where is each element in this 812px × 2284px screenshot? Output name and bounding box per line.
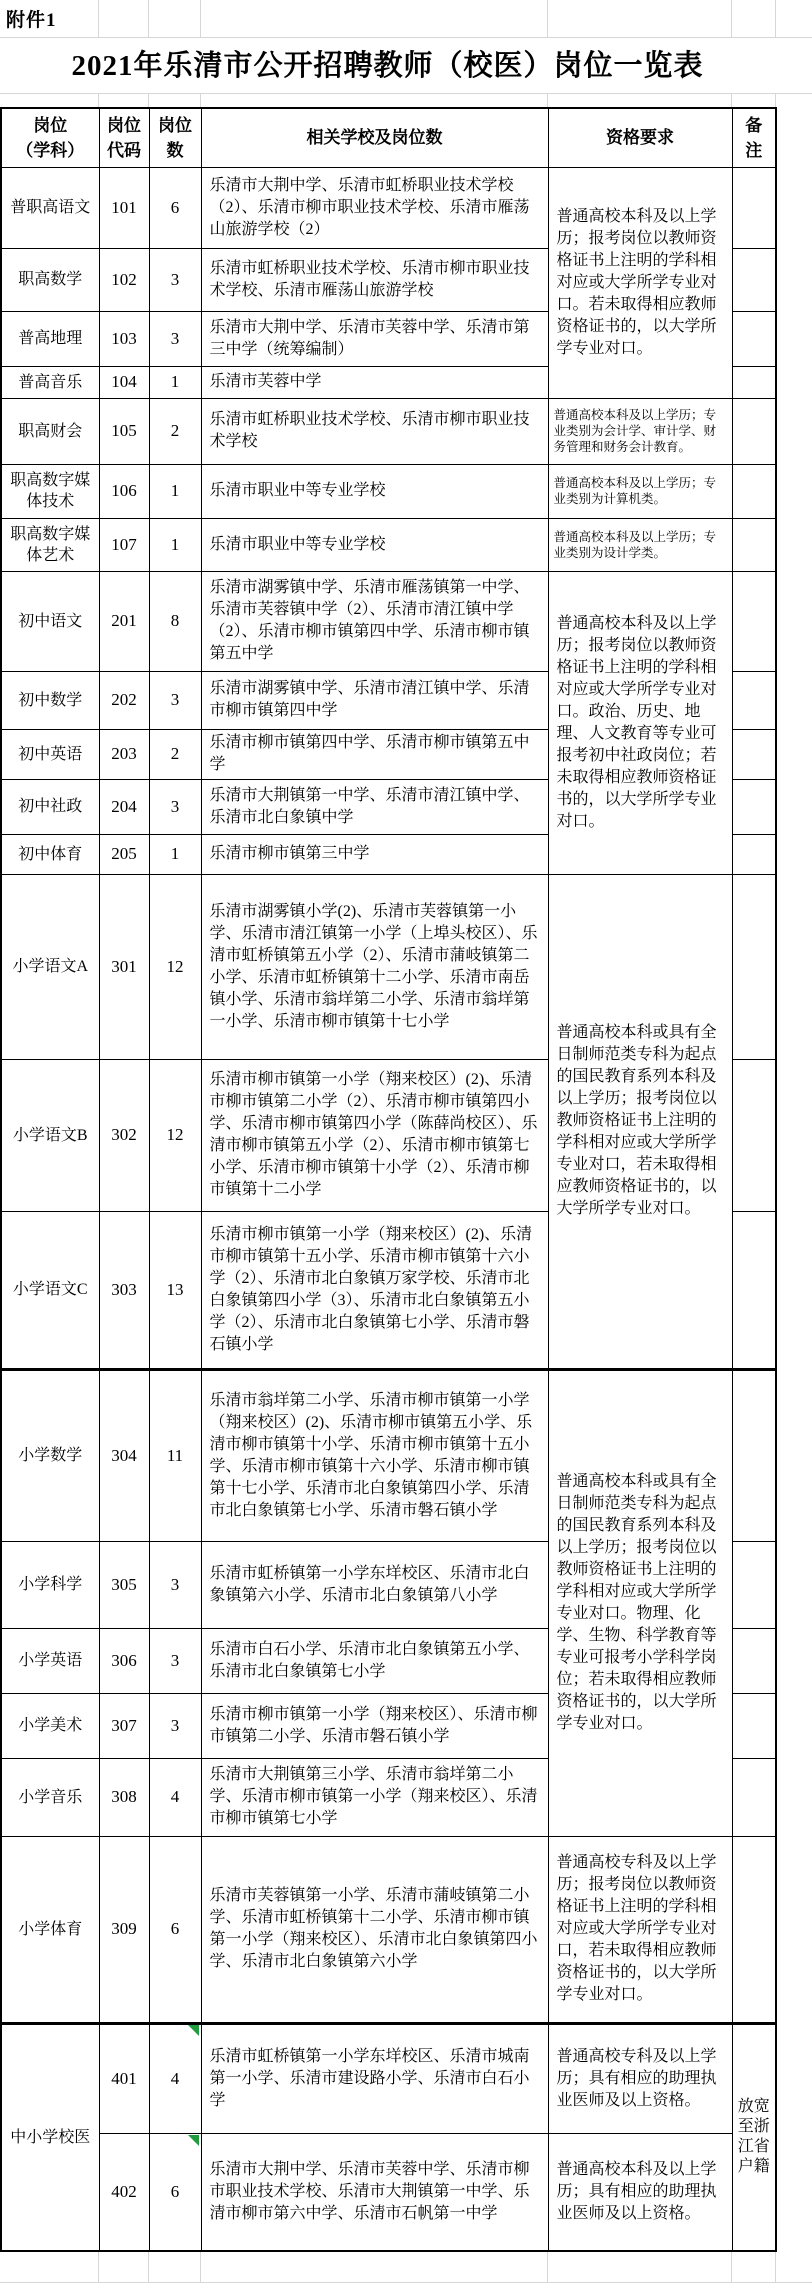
table-row: 小学数学 304 11 乐清市翁垟第二小学、乐清市柳市镇第一小学（翔来校区）(2… <box>1 1369 776 1541</box>
gridline <box>148 0 149 37</box>
subject-cell: 小学体育 <box>1 1836 99 2023</box>
subject-cell: 初中数学 <box>1 671 99 729</box>
requirements-cell: 普通高校本科及以上学历；具有相应的助理执业医师及以上资格。 <box>548 2133 732 2251</box>
count-cell: 1 <box>149 464 201 518</box>
subject-cell: 职高数学 <box>1 248 99 311</box>
count-cell: 12 <box>149 874 201 1059</box>
code-cell: 306 <box>99 1628 149 1693</box>
schools-cell: 乐清市芙蓉中学 <box>201 366 548 398</box>
remark-cell <box>732 729 776 779</box>
count-cell: 11 <box>149 1369 201 1541</box>
remark-cell <box>732 1211 776 1369</box>
count-cell: 8 <box>149 571 201 671</box>
requirements-cell: 普通高校本科及以上学历；专业类别为设计学类。 <box>548 518 732 571</box>
schools-cell: 乐清市芙蓉镇第一小学、乐清市蒲岐镇第二小学、乐清市虹桥镇第十二小学、乐清市柳市镇… <box>201 1836 548 2023</box>
subject-cell: 普高音乐 <box>1 366 99 398</box>
table-row: 普职高语文 101 6 乐清市大荆中学、乐清市虹桥职业技术学校（2）、乐清市柳市… <box>1 167 776 248</box>
count-cell: 6 <box>149 167 201 248</box>
count-cell: 3 <box>149 779 201 834</box>
code-cell: 204 <box>99 779 149 834</box>
schools-cell: 乐清市柳市镇第一小学（翔来校区）、乐清市柳市镇第二小学、乐清市磐石镇小学 <box>201 1693 548 1758</box>
requirements-cell: 普通高校本科及以上学历；专业类别为计算机类。 <box>548 464 732 518</box>
remark-cell <box>732 464 776 518</box>
code-cell: 201 <box>99 571 149 671</box>
schools-cell: 乐清市湖雾镇小学(2)、乐清市芙蓉镇第一小学、乐清市清江镇第一小学（上埠头校区）… <box>201 874 548 1059</box>
subject-cell: 小学数学 <box>1 1369 99 1541</box>
gridline <box>547 93 548 107</box>
page-title: 2021年乐清市公开招聘教师（校医）岗位一览表 <box>0 37 775 93</box>
gridline <box>731 2252 732 2282</box>
subject-cell: 职高数字媒体艺术 <box>1 518 99 571</box>
code-cell: 305 <box>99 1541 149 1628</box>
remark-cell <box>732 874 776 1059</box>
count-cell: 3 <box>149 248 201 311</box>
count-cell: 6 <box>149 1836 201 2023</box>
col-header-schools: 相关学校及岗位数 <box>201 108 548 167</box>
count-cell: 3 <box>149 1693 201 1758</box>
remark-cell <box>732 779 776 834</box>
remark-cell <box>732 366 776 398</box>
gridline <box>200 0 201 37</box>
code-cell: 205 <box>99 834 149 874</box>
positions-table: 岗位 （学科） 岗位 代码 岗位 数 相关学校及岗位数 资格要求 备 注 普职高… <box>0 107 777 2252</box>
gridline <box>731 0 732 37</box>
code-cell: 402 <box>99 2133 149 2251</box>
gridline <box>775 2252 776 2282</box>
remark-cell <box>732 834 776 874</box>
requirements-cell: 普通高校本科及以上学历；报考岗位以教师资格证书上注明的学科相对应或大学所学专业对… <box>548 167 732 398</box>
requirements-cell: 普通高校本科及以上学历；报考岗位以教师资格证书上注明的学科相对应或大学所学专业对… <box>548 571 732 874</box>
code-cell: 107 <box>99 518 149 571</box>
remark-cell <box>732 571 776 671</box>
requirements-cell: 普通高校本科或具有全日制师范类专科为起点的国民教育系列本科及以上学历；报考岗位以… <box>548 1369 732 1836</box>
remark-cell <box>732 311 776 366</box>
count-cell: 3 <box>149 671 201 729</box>
schools-cell: 乐清市柳市镇第一小学（翔来校区）(2)、乐清市柳市镇第十五小学、乐清市柳市镇第十… <box>201 1211 548 1369</box>
count-cell: 6 <box>149 2133 201 2251</box>
schools-cell: 乐清市虹桥镇第一小学东垟校区、乐清市城南第一小学、乐清市建设路小学、乐清市白石小… <box>201 2023 548 2133</box>
count-cell: 1 <box>149 518 201 571</box>
count-cell: 12 <box>149 1059 201 1211</box>
schools-cell: 乐清市职业中等专业学校 <box>201 518 548 571</box>
gridline <box>148 93 149 107</box>
gridline <box>547 0 548 37</box>
gridline <box>98 0 99 37</box>
table-row: 中小学校医 401 4 乐清市虹桥镇第一小学东垟校区、乐清市城南第一小学、乐清市… <box>1 2023 776 2133</box>
schools-cell: 乐清市翁垟第二小学、乐清市柳市镇第一小学（翔来校区）(2)、乐清市柳市镇第五小学… <box>201 1369 548 1541</box>
gridline <box>148 2252 149 2282</box>
subject-cell: 普职高语文 <box>1 167 99 248</box>
count-cell: 1 <box>149 366 201 398</box>
subject-cell: 职高数字媒体技术 <box>1 464 99 518</box>
remark-cell <box>732 1836 776 2023</box>
subject-cell: 普高地理 <box>1 311 99 366</box>
table-row: 402 6 乐清市大荆中学、乐清市芙蓉中学、乐清市柳市职业技术学校、乐清市大荆镇… <box>1 2133 776 2251</box>
remark-cell <box>732 1369 776 1541</box>
remark-cell <box>732 1693 776 1758</box>
code-cell: 307 <box>99 1693 149 1758</box>
col-header-remark: 备 注 <box>732 108 776 167</box>
count-cell: 3 <box>149 311 201 366</box>
subject-cell: 小学语文A <box>1 874 99 1059</box>
table-row: 小学语文A 301 12 乐清市湖雾镇小学(2)、乐清市芙蓉镇第一小学、乐清市清… <box>1 874 776 1059</box>
gridline <box>775 0 776 37</box>
code-cell: 301 <box>99 874 149 1059</box>
gridline <box>200 2252 201 2282</box>
subject-cell: 初中英语 <box>1 729 99 779</box>
remark-cell <box>732 1628 776 1693</box>
schools-cell: 乐清市柳市镇第四中学、乐清市柳市镇第五中学 <box>201 729 548 779</box>
subject-cell: 小学音乐 <box>1 1758 99 1836</box>
code-cell: 105 <box>99 398 149 464</box>
schools-cell: 乐清市湖雾镇中学、乐清市雁荡镇第一中学、乐清市芙蓉镇中学（2）、乐清市清江镇中学… <box>201 571 548 671</box>
gridline <box>0 93 812 94</box>
code-cell: 203 <box>99 729 149 779</box>
requirements-cell: 普通高校本科或具有全日制师范类专科为起点的国民教育系列本科及以上学历；报考岗位以… <box>548 874 732 1369</box>
schools-cell: 乐清市柳市镇第三中学 <box>201 834 548 874</box>
code-cell: 104 <box>99 366 149 398</box>
subject-cell: 小学语文B <box>1 1059 99 1211</box>
col-header-subject: 岗位 （学科） <box>1 108 99 167</box>
count-cell: 4 <box>149 2023 201 2133</box>
code-cell: 302 <box>99 1059 149 1211</box>
subject-cell: 初中语文 <box>1 571 99 671</box>
subject-cell: 小学科学 <box>1 1541 99 1628</box>
code-cell: 308 <box>99 1758 149 1836</box>
gridline <box>200 93 201 107</box>
schools-cell: 乐清市大荆镇第一中学、乐清市清江镇中学、乐清市北白象镇中学 <box>201 779 548 834</box>
remark-cell <box>732 1541 776 1628</box>
subject-cell: 小学美术 <box>1 1693 99 1758</box>
remark-cell <box>732 518 776 571</box>
code-cell: 202 <box>99 671 149 729</box>
code-cell: 102 <box>99 248 149 311</box>
code-cell: 103 <box>99 311 149 366</box>
count-cell: 3 <box>149 1541 201 1628</box>
table-row: 职高数字媒体艺术 107 1 乐清市职业中等专业学校 普通高校本科及以上学历；专… <box>1 518 776 571</box>
count-cell: 3 <box>149 1628 201 1693</box>
spreadsheet-page: 附件1 2021年乐清市公开招聘教师（校医）岗位一览表 岗位 （学科） 岗位 代… <box>0 0 812 2284</box>
count-cell: 2 <box>149 729 201 779</box>
schools-cell: 乐清市虹桥镇第一小学东垟校区、乐清市北白象镇第六小学、乐清市北白象镇第八小学 <box>201 1541 548 1628</box>
code-cell: 304 <box>99 1369 149 1541</box>
remark-cell <box>732 248 776 311</box>
gridline <box>0 2282 812 2283</box>
requirements-cell: 普通高校本科及以上学历；专业类别为会计学、审计学、财务管理和财务会计教育。 <box>548 398 732 464</box>
gridline <box>98 93 99 107</box>
col-header-count: 岗位 数 <box>149 108 201 167</box>
code-cell: 309 <box>99 1836 149 2023</box>
schools-cell: 乐清市大荆中学、乐清市芙蓉中学、乐清市第三中学（统筹编制） <box>201 311 548 366</box>
count-cell: 1 <box>149 834 201 874</box>
schools-cell: 乐清市湖雾镇中学、乐清市清江镇中学、乐清市柳市镇第四中学 <box>201 671 548 729</box>
schools-cell: 乐清市柳市镇第一小学（翔来校区）(2)、乐清市柳市镇第二小学（2）、乐清市柳市镇… <box>201 1059 548 1211</box>
remark-cell <box>732 671 776 729</box>
schools-cell: 乐清市职业中等专业学校 <box>201 464 548 518</box>
subject-cell: 初中社政 <box>1 779 99 834</box>
subject-cell: 初中体育 <box>1 834 99 874</box>
schools-cell: 乐清市白石小学、乐清市北白象镇第五小学、乐清市北白象镇第七小学 <box>201 1628 548 1693</box>
remark-cell <box>732 398 776 464</box>
subject-cell: 小学语文C <box>1 1211 99 1369</box>
code-cell: 401 <box>99 2023 149 2133</box>
code-cell: 101 <box>99 167 149 248</box>
table-row: 小学体育 309 6 乐清市芙蓉镇第一小学、乐清市蒲岐镇第二小学、乐清市虹桥镇第… <box>1 1836 776 2023</box>
count-cell: 2 <box>149 398 201 464</box>
schools-cell: 乐清市大荆中学、乐清市虹桥职业技术学校（2）、乐清市柳市职业技术学校、乐清市雁荡… <box>201 167 548 248</box>
remark-cell: 放宽至浙江省户籍 <box>732 2023 776 2251</box>
requirements-cell: 普通高校专科及以上学历；报考岗位以教师资格证书上注明的学科相对应或大学所学专业对… <box>548 1836 732 2023</box>
schools-cell: 乐清市大荆镇第三小学、乐清市翁垟第二小学、乐清市柳市镇第一小学（翔来校区）、乐清… <box>201 1758 548 1836</box>
remark-cell <box>732 167 776 248</box>
col-header-code: 岗位 代码 <box>99 108 149 167</box>
table-row: 职高数字媒体技术 106 1 乐清市职业中等专业学校 普通高校本科及以上学历；专… <box>1 464 776 518</box>
requirements-cell: 普通高校专科及以上学历；具有相应的助理执业医师及以上资格。 <box>548 2023 732 2133</box>
subject-cell: 小学英语 <box>1 1628 99 1693</box>
gridline <box>775 93 776 107</box>
col-header-requirements: 资格要求 <box>548 108 732 167</box>
count-cell: 4 <box>149 1758 201 1836</box>
code-cell: 303 <box>99 1211 149 1369</box>
remark-cell <box>732 1758 776 1836</box>
schools-cell: 乐清市虹桥职业技术学校、乐清市柳市职业技术学校、乐清市雁荡山旅游学校 <box>201 248 548 311</box>
subject-cell: 中小学校医 <box>1 2023 99 2251</box>
table-row: 初中语文 201 8 乐清市湖雾镇中学、乐清市雁荡镇第一中学、乐清市芙蓉镇中学（… <box>1 571 776 671</box>
gridline <box>547 2252 548 2282</box>
code-cell: 106 <box>99 464 149 518</box>
table-row: 职高财会 105 2 乐清市虹桥职业技术学校、乐清市柳市职业技术学校 普通高校本… <box>1 398 776 464</box>
schools-cell: 乐清市虹桥职业技术学校、乐清市柳市职业技术学校 <box>201 398 548 464</box>
schools-cell: 乐清市大荆中学、乐清市芙蓉中学、乐清市柳市职业技术学校、乐清市大荆镇第一中学、乐… <box>201 2133 548 2251</box>
attachment-label: 附件1 <box>6 5 57 32</box>
remark-cell <box>732 1059 776 1211</box>
header-row: 岗位 （学科） 岗位 代码 岗位 数 相关学校及岗位数 资格要求 备 注 <box>1 108 776 167</box>
gridline <box>98 2252 99 2282</box>
gridline <box>731 93 732 107</box>
subject-cell: 职高财会 <box>1 398 99 464</box>
count-cell: 13 <box>149 1211 201 1369</box>
